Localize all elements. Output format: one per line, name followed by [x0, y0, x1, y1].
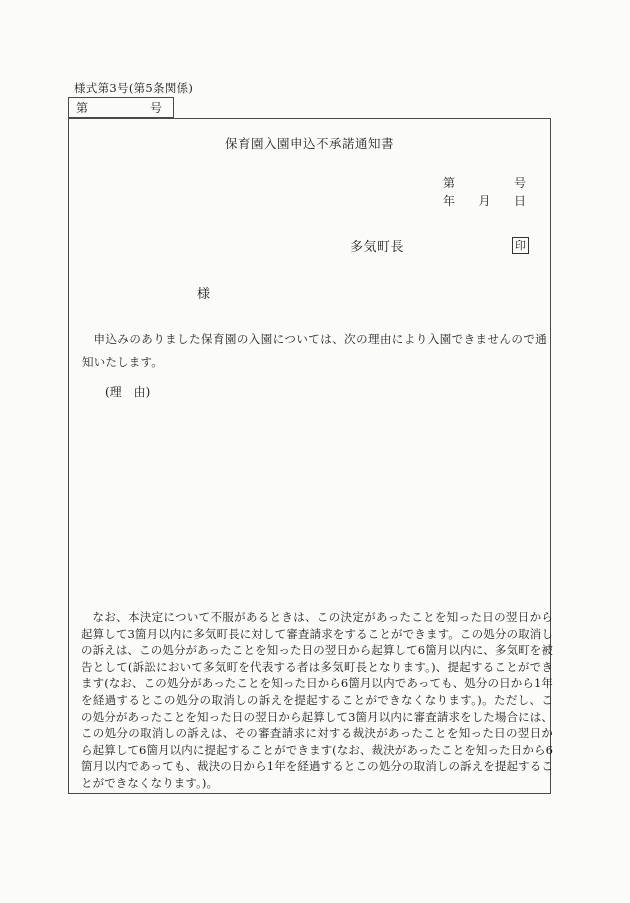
number-box-suffix: 号: [150, 99, 162, 116]
doc-number-row: 第 号: [443, 174, 526, 192]
seal-mark: 印: [512, 237, 529, 254]
doc-date-row: 年 月 日: [443, 192, 526, 210]
form-style-label: 様式第3号(第5条関係): [74, 80, 193, 96]
document-title: 保育園入園申込不承諾通知書: [69, 134, 550, 152]
notice-body: 申込みのありました保育園の入園については、次の理由により入園できませんので通知い…: [82, 328, 547, 374]
date-year-label: 年: [443, 192, 455, 210]
reason-label: (理 由): [105, 383, 150, 400]
addressee-suffix: 様: [197, 283, 210, 302]
notice-frame: 保育園入園申込不承諾通知書 第 号 年 月 日 多気町長 印 様 申込みのありま…: [68, 118, 551, 794]
doc-number-suffix: 号: [514, 174, 526, 192]
document-number-box: 第 号: [68, 97, 174, 118]
number-box-prefix: 第: [76, 99, 88, 116]
form-page: 様式第3号(第5条関係) 第 号 保育園入園申込不承諾通知書 第 号 年 月 日…: [0, 0, 630, 903]
doc-number-date-block: 第 号 年 月 日: [443, 174, 526, 210]
sender-name: 多気町長: [350, 236, 404, 255]
date-day-label: 日: [514, 192, 526, 210]
sender-line: 多気町長 印: [350, 235, 529, 255]
doc-number-prefix: 第: [443, 174, 455, 192]
date-month-label: 月: [478, 192, 490, 210]
appeal-notice: なお、本決定について不服があるときは、この決定があったことを知った日の翌日から起…: [81, 609, 553, 792]
